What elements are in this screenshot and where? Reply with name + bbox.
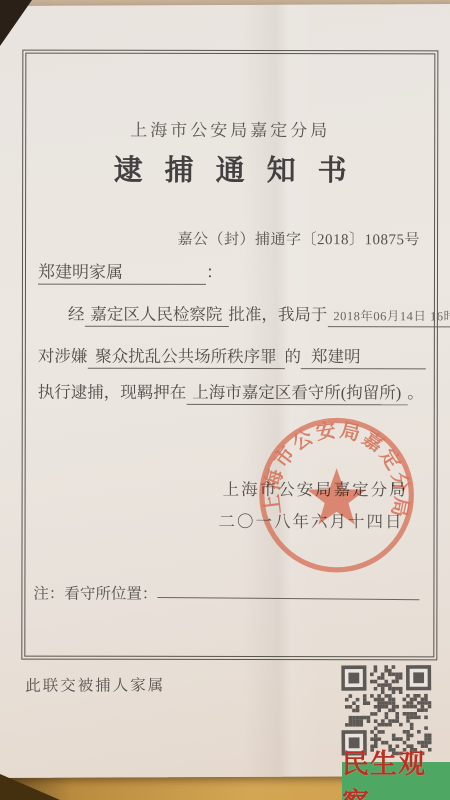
datetime-fill: 2018年06月14日 16时30分 <box>327 306 450 327</box>
addressee-line: 郑建明家属： <box>38 258 223 285</box>
note-line: 注：看守所位置： <box>33 582 419 605</box>
document-border-frame: 上海市公安局嘉定分局 逮捕通知书 嘉公（封）捕通字〔2018〕10875号 郑建… <box>21 50 438 661</box>
body-line-1: 经 嘉定区人民检察院 批准，我局于 2018年06月14日 16时30分 <box>38 301 426 328</box>
document-paper: 上海市公安局嘉定分局 逮捕通知书 嘉公（封）捕通字〔2018〕10875号 郑建… <box>0 4 450 778</box>
body-seg1: 经 <box>68 301 85 325</box>
facility-fill: 上海市嘉定区看守所(拘留所) <box>186 379 407 405</box>
issuing-org-title: 上海市公安局嘉定分局 <box>26 116 434 142</box>
approver-fill: 嘉定区人民检察院 <box>84 301 228 327</box>
note-label: 注：看守所位置： <box>33 582 157 604</box>
background-corner-bottom-left <box>0 774 60 800</box>
addressee-colon: ： <box>206 263 223 282</box>
addressee-name: 郑建明家属 <box>38 258 206 285</box>
document-title: 逮捕通知书 <box>26 148 434 190</box>
background-corner-top-left <box>0 0 32 46</box>
body-seg4: 的 <box>284 343 301 367</box>
photo-of-document: 上海市公安局嘉定分局 逮捕通知书 嘉公（封）捕通字〔2018〕10875号 郑建… <box>0 0 450 800</box>
crime-fill: 聚众扰乱公共场所秩序罪 <box>87 343 284 369</box>
person-fill: 郑建明 <box>301 343 426 369</box>
body-seg3: 对涉嫌 <box>38 343 88 367</box>
note-blank-rule <box>157 597 419 600</box>
body-line-2: 对涉嫌 聚众扰乱公共场所秩序罪 的 郑建明 <box>38 343 426 370</box>
body-seg2: 批准，我局于 <box>228 301 327 325</box>
document-number: 嘉公（封）捕通字〔2018〕10875号 <box>178 228 421 249</box>
body-line-3: 执行逮捕，现羁押在 上海市嘉定区看守所(拘留所) 。 <box>38 379 426 406</box>
official-seal: 上海市公安局嘉定分局 <box>253 412 419 578</box>
watermark-banner: 民生观察 <box>342 762 450 800</box>
seal-star-icon <box>307 468 366 524</box>
body-seg5: 执行逮捕，现羁押在 <box>38 379 187 403</box>
copy-recipient-note: 此联交被捕人家属 <box>25 673 165 696</box>
body-period: 。 <box>407 379 424 403</box>
